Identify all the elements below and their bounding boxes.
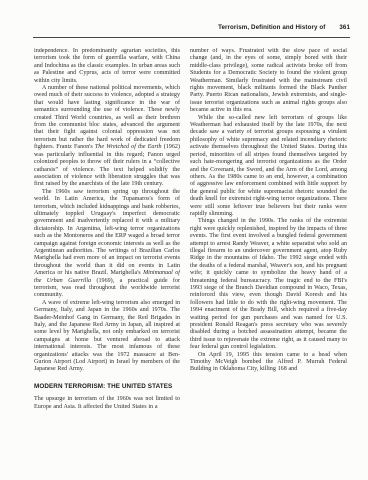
- text-run: The upsurge in terrorism of the 1960s wa…: [34, 396, 180, 409]
- running-head: Terrorism, Definition and History of 361: [33, 24, 350, 31]
- text-run: The 1960s saw terrorism spring up throug…: [34, 189, 180, 276]
- text-run: While the so-called new left terrorism o…: [190, 115, 347, 217]
- text-run: A wave of extreme left-wing terrorism al…: [34, 300, 180, 373]
- header-rule: [33, 37, 350, 38]
- paragraph: While the so-called new left terrorism o…: [190, 115, 347, 219]
- section-heading: MODERN TERRORISM: THE UNITED STATES: [34, 383, 180, 391]
- paragraph: On April 19, 1995 this tension came to a…: [190, 352, 347, 374]
- right-column: number of ways. Frustrated with the slow…: [190, 48, 347, 473]
- book-title-italic: The Wretched of the Earth: [95, 144, 162, 150]
- left-column-paragraphs-after-heading: The upsurge in terrorism of the 1960s wa…: [34, 396, 180, 411]
- paragraph: Things changed in the 1990s. The ranks o…: [190, 218, 347, 351]
- text-run: number of ways. Frustrated with the slow…: [190, 48, 347, 113]
- paragraph: independence. In predominantly agrarian …: [34, 48, 180, 85]
- book-page: Terrorism, Definition and History of 361…: [0, 0, 368, 480]
- left-column: independence. In predominantly agrarian …: [34, 48, 180, 473]
- paragraph: The 1960s saw terrorism spring up throug…: [34, 189, 180, 300]
- text-run: (1962) was particularly influential in t…: [34, 144, 180, 187]
- text-run: Things changed in the 1990s. The ranks o…: [190, 218, 347, 350]
- right-column-paragraphs: number of ways. Frustrated with the slow…: [190, 48, 347, 374]
- running-title: Terrorism, Definition and History of: [218, 24, 325, 31]
- paragraph: The upsurge in terrorism of the 1960s wa…: [34, 396, 180, 411]
- paragraph: A wave of extreme left-wing terrorism al…: [34, 300, 180, 374]
- paragraph: number of ways. Frustrated with the slow…: [190, 48, 347, 115]
- page-number: 361: [339, 24, 350, 31]
- paragraph: A number of these national political mov…: [34, 85, 180, 189]
- text-run: On April 19, 1995 this tension came to a…: [190, 352, 347, 373]
- text-run: independence. In predominantly agrarian …: [34, 48, 180, 84]
- left-column-paragraphs: independence. In predominantly agrarian …: [34, 48, 180, 374]
- text-run: A number of these national political mov…: [34, 85, 180, 150]
